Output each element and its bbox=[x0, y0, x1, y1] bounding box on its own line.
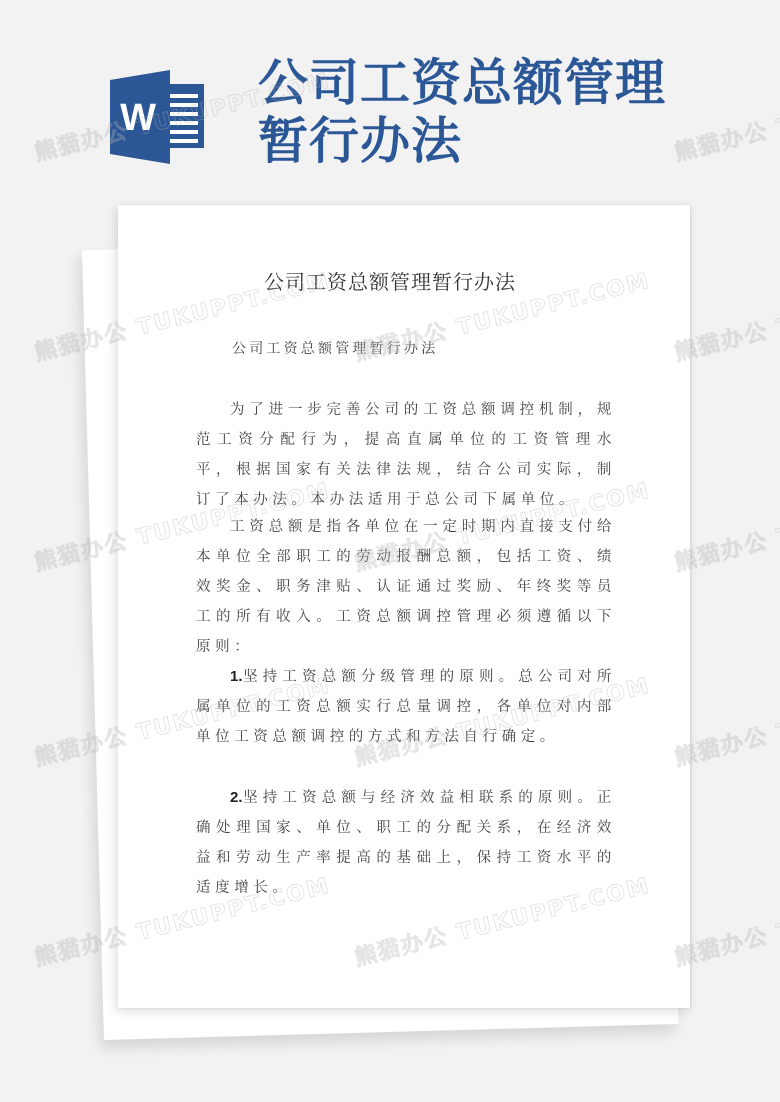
paragraph-intro: 为了进一步完善公司的工资总额调控机制，规范工资分配行为，提高直属单位的工资管理水… bbox=[196, 395, 616, 515]
hero-title-line1: 公司工资总额管理 bbox=[258, 54, 738, 112]
paragraph-text: 为了进一步完善公司的工资总额调控机制，规范工资分配行为，提高直属单位的工资管理水… bbox=[196, 402, 616, 508]
paragraph-text: 坚持工资总额与经济效益相联系的原则。正确处理国家、单位、职工的分配关系，在经济效… bbox=[196, 790, 616, 896]
header-banner: W 公司工资总额管理 暂行办法 bbox=[0, 0, 780, 190]
paragraph-definition: 工资总额是指各单位在一定时期内直接支付给本单位全部职工的劳动报酬总额，包括工资、… bbox=[196, 512, 616, 662]
word-document-icon: W bbox=[108, 68, 208, 164]
hero-title: 公司工资总额管理 暂行办法 bbox=[258, 54, 738, 170]
svg-text:W: W bbox=[120, 97, 156, 139]
document-subtitle: 公司工资总额管理暂行办法 bbox=[232, 338, 438, 358]
list-number: 1. bbox=[230, 668, 243, 685]
paragraph-text: 工资总额是指各单位在一定时期内直接支付给本单位全部职工的劳动报酬总额，包括工资、… bbox=[196, 519, 616, 655]
paragraph-text: 坚持工资总额分级管理的原则。总公司对所属单位的工资总额实行总量调控，各单位对内部… bbox=[196, 669, 616, 745]
list-number: 2. bbox=[230, 789, 243, 806]
paragraph-principle-1: 1.坚持工资总额分级管理的原则。总公司对所属单位的工资总额实行总量调控，各单位对… bbox=[196, 662, 616, 752]
hero-title-line2: 暂行办法 bbox=[258, 112, 738, 170]
paragraph-principle-2: 2.坚持工资总额与经济效益相联系的原则。正确处理国家、单位、职工的分配关系，在经… bbox=[196, 783, 616, 903]
document-title: 公司工资总额管理暂行办法 bbox=[0, 266, 780, 295]
